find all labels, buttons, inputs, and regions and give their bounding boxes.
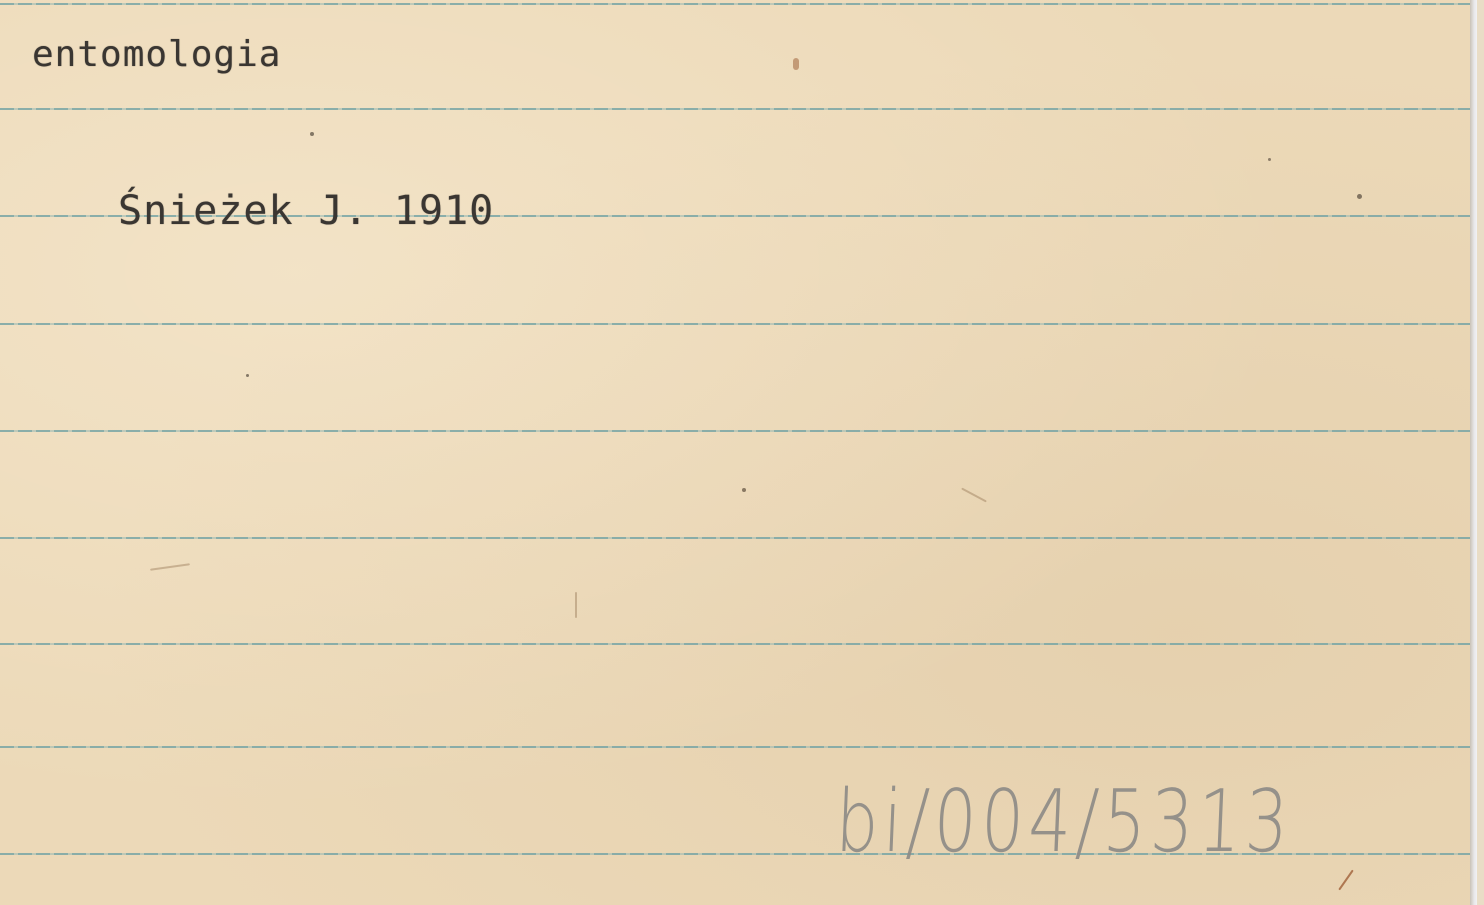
rule-line — [0, 643, 1477, 645]
paper-fleck — [1338, 870, 1353, 891]
paper-fleck — [742, 488, 746, 492]
call-number: bi/004/5313 — [834, 772, 1295, 872]
author-year-entry: Śnieżek J. 1910 — [118, 188, 494, 234]
paper-fleck — [150, 563, 190, 571]
subject-heading: entomologia — [32, 34, 281, 75]
rule-line — [0, 746, 1477, 748]
paper-fleck — [1268, 158, 1271, 161]
paper-fleck — [793, 58, 799, 70]
rule-line — [0, 537, 1477, 539]
rule-line — [0, 108, 1477, 110]
paper-fleck — [961, 488, 987, 503]
catalog-index-card: entomologia Śnieżek J. 1910 bi/004/5313 — [0, 0, 1477, 905]
rule-line — [0, 430, 1477, 432]
rule-line — [0, 3, 1477, 5]
paper-fleck — [575, 592, 577, 618]
paper-fleck — [246, 374, 249, 377]
card-edge — [1470, 0, 1477, 905]
rule-line — [0, 323, 1477, 325]
paper-fleck — [310, 132, 314, 136]
paper-fleck — [1357, 194, 1362, 199]
